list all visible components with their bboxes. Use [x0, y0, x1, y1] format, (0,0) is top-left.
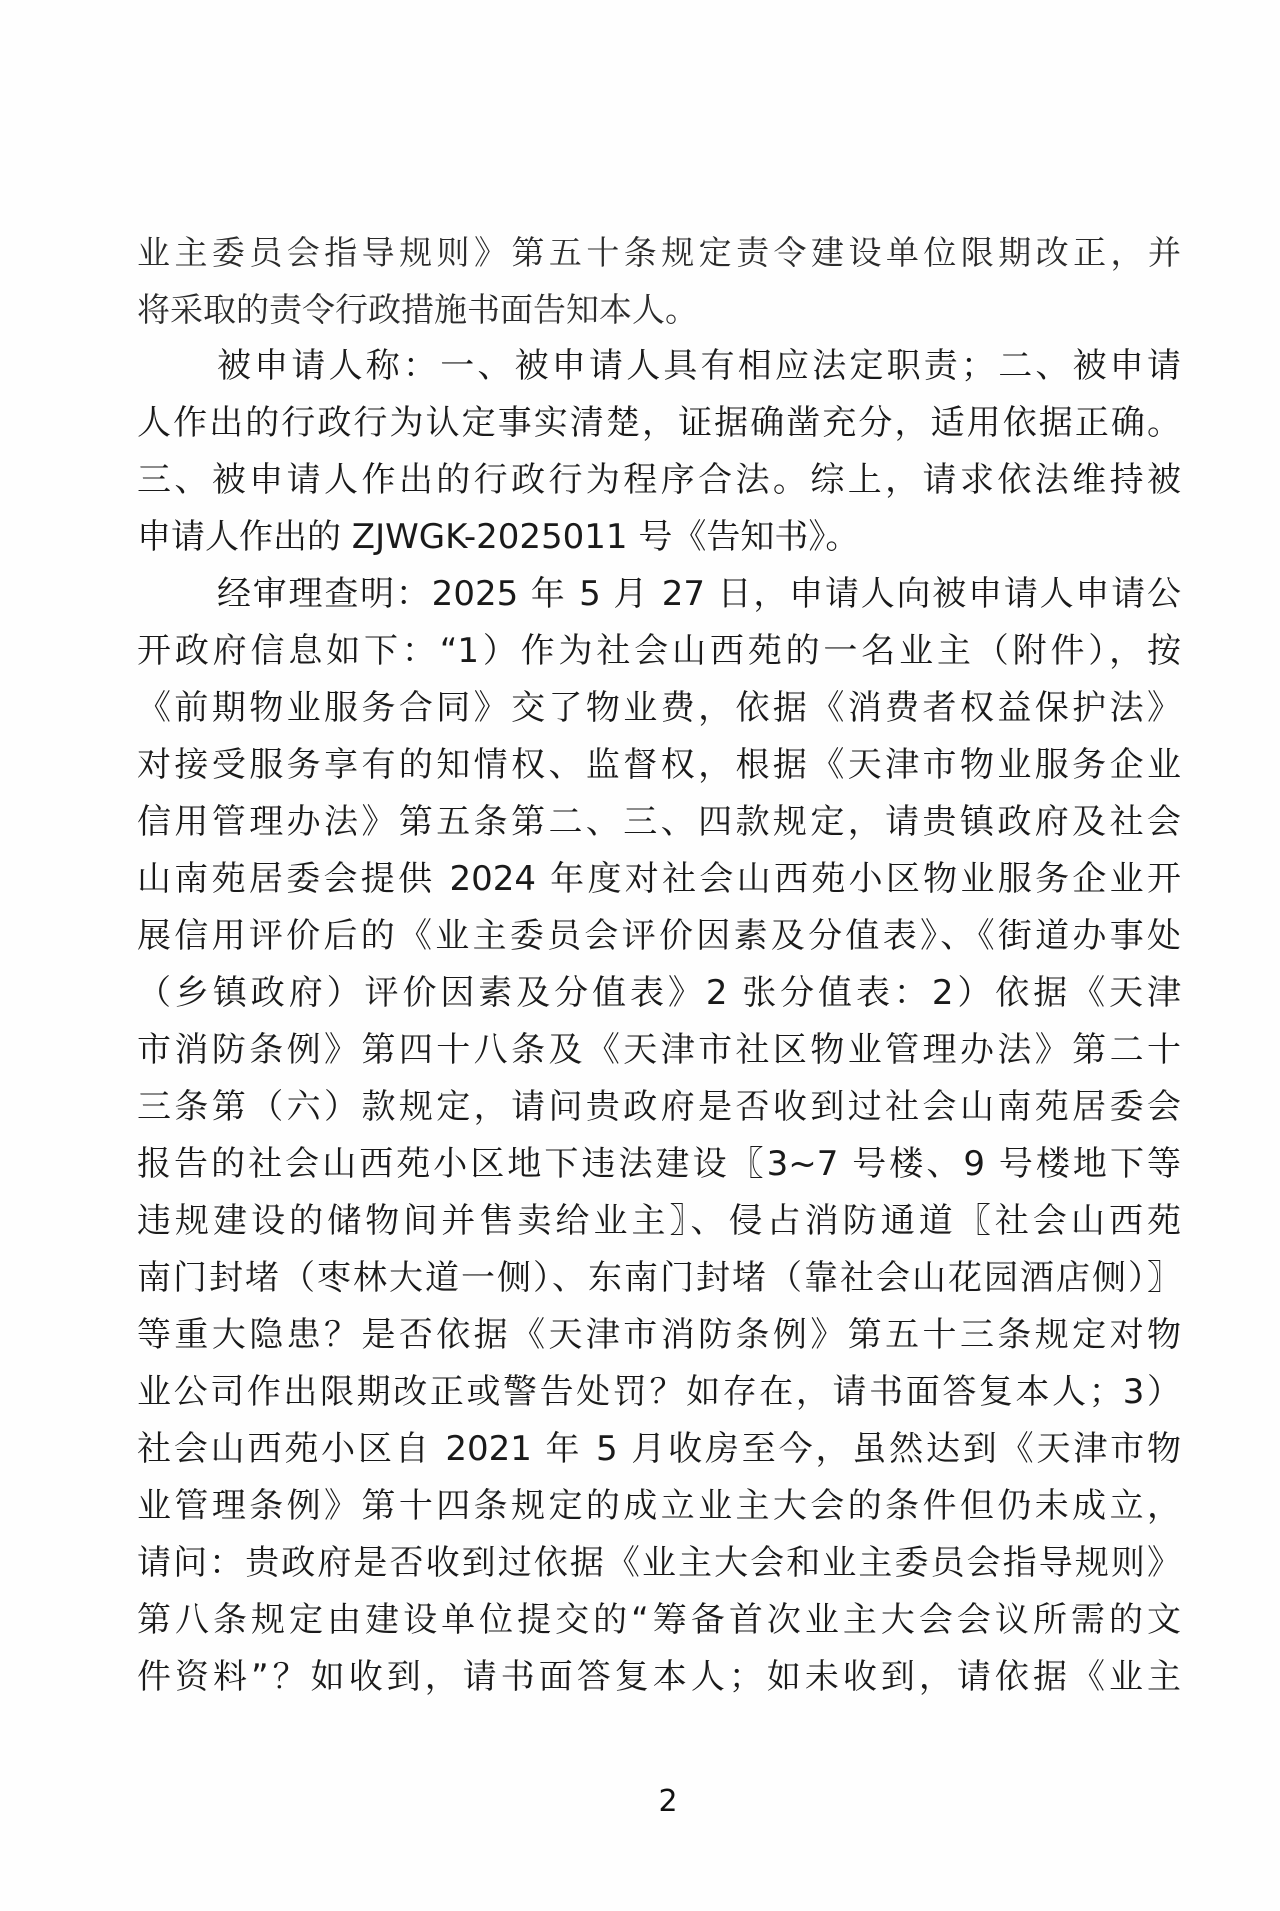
text-line: 件资料”？如收到，请书面答复本人；如未收到，请依据《业主	[137, 1649, 1181, 1706]
text-line: 将采取的责令行政措施书面告知本人。	[137, 281, 1181, 338]
text-line: 申请人作出的 ZJWGK-2025011 号《告知书》。	[137, 509, 1181, 566]
text-line: 展信用评价后的《业主委员会评价因素及分值表》、《街道办事处	[137, 908, 1181, 965]
text-line: （乡镇政府）评价因素及分值表》2 张分值表：2）依据《天津	[137, 965, 1181, 1022]
text-line: 业管理条例》第十四条规定的成立业主大会的条件但仍未成立，	[137, 1478, 1181, 1535]
text-line: 违规建设的储物间并售卖给业主〗、侵占消防通道〖社会山西苑	[137, 1193, 1181, 1250]
paragraph-respondent-statement: 被申请人称：一、被申请人具有相应法定职责；二、被申请 人作出的行政行为认定事实清…	[137, 338, 1181, 566]
text-line: 对接受服务享有的知情权、监督权，根据《天津市物业服务企业	[137, 737, 1181, 794]
text-line: 业公司作出限期改正或警告处罚？如存在，请书面答复本人；3）	[137, 1364, 1181, 1421]
text-line: 社会山西苑小区自 2021 年 5 月收房至今，虽然达到《天津市物	[137, 1421, 1181, 1478]
text-line: 《前期物业服务合同》交了物业费，依据《消费者权益保护法》	[137, 680, 1181, 737]
text-line: 山南苑居委会提供 2024 年度对社会山西苑小区物业服务企业开	[137, 851, 1181, 908]
document-body: 业主委员会指导规则》第五十条规定责令建设单位限期改正，并 将采取的责令行政措施书…	[137, 224, 1181, 1706]
text-line: 信用管理办法》第五条第二、三、四款规定，请贵镇政府及社会	[137, 794, 1181, 851]
text-line: 等重大隐患？是否依据《天津市消防条例》第五十三条规定对物	[137, 1307, 1181, 1364]
paragraph-continuation: 业主委员会指导规则》第五十条规定责令建设单位限期改正，并 将采取的责令行政措施书…	[137, 224, 1181, 338]
text-line: 请问：贵政府是否收到过依据《业主大会和业主委员会指导规则》	[137, 1535, 1181, 1592]
text-line: 第八条规定由建设单位提交的“筹备首次业主大会会议所需的文	[137, 1592, 1181, 1649]
text-line: 三、被申请人作出的行政行为程序合法。综上，请求依法维持被	[137, 452, 1181, 509]
text-line: 三条第（六）款规定，请问贵政府是否收到过社会山南苑居委会	[137, 1079, 1181, 1136]
text-line: 开政府信息如下：“1）作为社会山西苑的一名业主（附件），按	[137, 623, 1181, 680]
text-line: 市消防条例》第四十八条及《天津市社区物业管理办法》第二十	[137, 1022, 1181, 1079]
document-page: 业主委员会指导规则》第五十条规定责令建设单位限期改正，并 将采取的责令行政措施书…	[0, 0, 1280, 1911]
text-line: 人作出的行政行为认定事实清楚，证据确凿充分，适用依据正确。	[137, 395, 1181, 452]
text-line: 被申请人称：一、被申请人具有相应法定职责；二、被申请	[137, 338, 1181, 395]
text-line: 业主委员会指导规则》第五十条规定责令建设单位限期改正，并	[137, 224, 1181, 281]
text-line: 南门封堵（枣林大道一侧）、东南门封堵（靠社会山花园酒店侧）〗	[137, 1250, 1181, 1307]
text-line: 经审理查明：2025 年 5 月 27 日，申请人向被申请人申请公	[137, 566, 1181, 623]
paragraph-findings: 经审理查明：2025 年 5 月 27 日，申请人向被申请人申请公 开政府信息如…	[137, 566, 1181, 1706]
text-line: 报告的社会山西苑小区地下违法建设〖3~7 号楼、9 号楼地下等	[137, 1136, 1181, 1193]
page-number: 2	[656, 1782, 680, 1822]
